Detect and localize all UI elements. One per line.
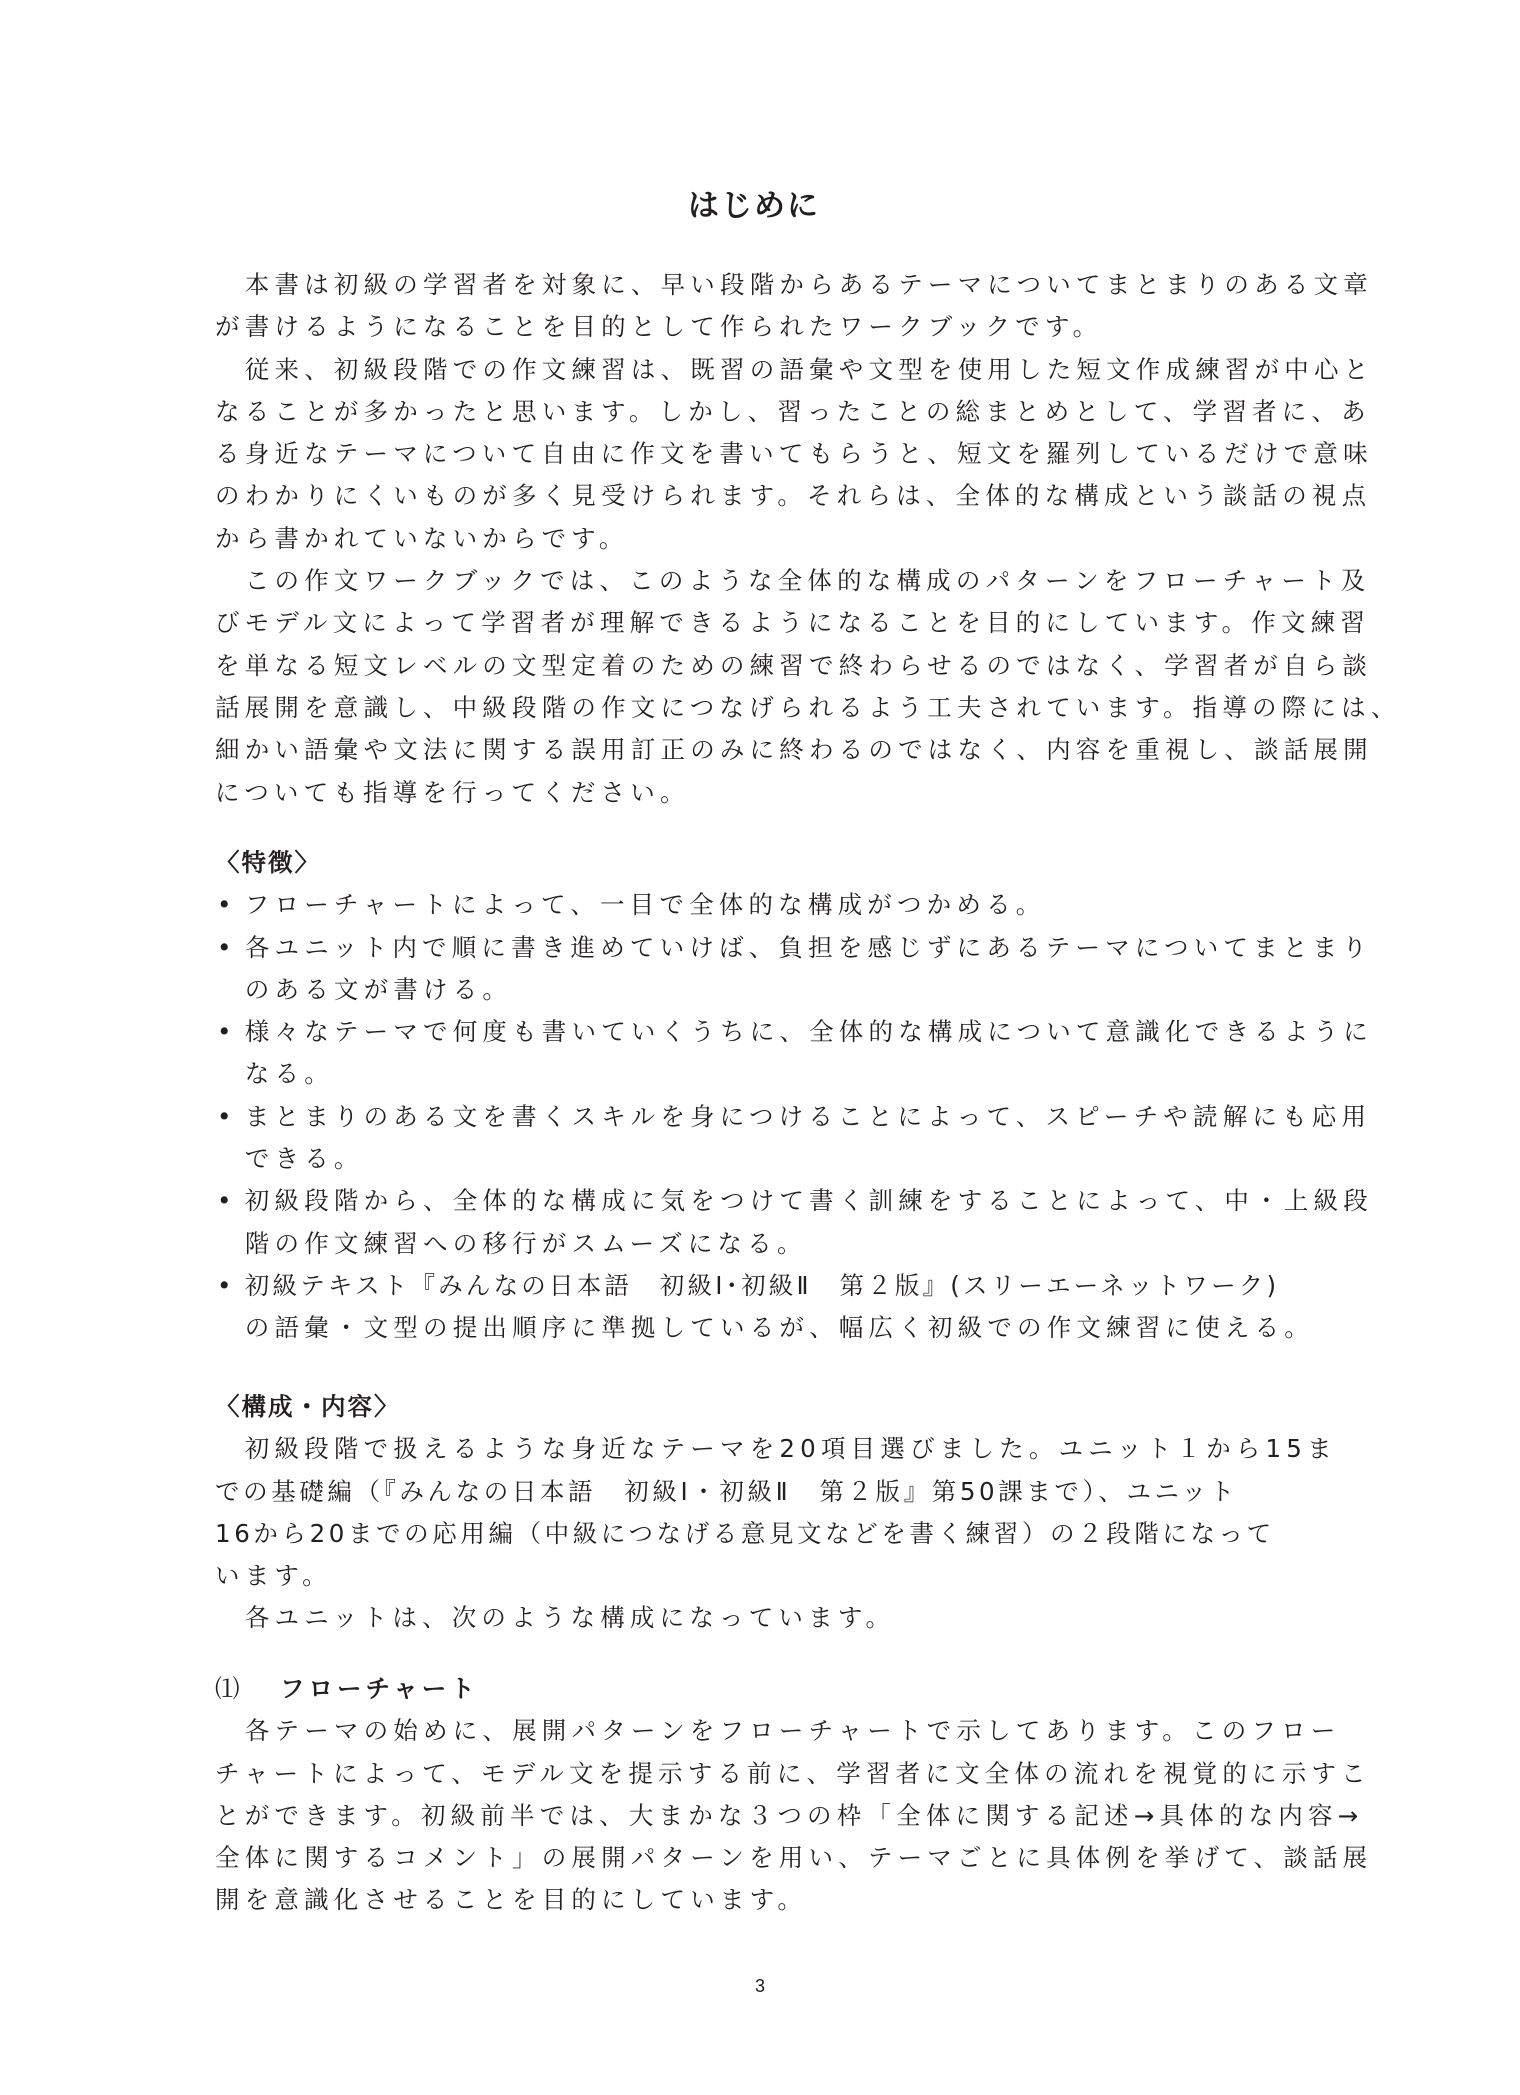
feature-text: 様々なテーマで何度も書いていくうちに、全体的な構成について意識化できるように (245, 1017, 1373, 1046)
intro-line: についても指導を行ってください。 (215, 772, 1293, 814)
bullet-icon: • (215, 1011, 247, 1053)
flowchart-line: とができます。初級前半では、大まかな３つの枠「全体に関する記述→具体的な内容→ (215, 1795, 1293, 1837)
feature-item: • 初級テキスト『みんなの日本語 初級Ⅰ･初級Ⅱ 第２版』(スリーエーネットワー… (215, 1265, 1293, 1307)
structure-line: います。 (215, 1555, 1293, 1597)
structure-heading: 〈構成・内容〉 (215, 1386, 1293, 1428)
feature-text-continued: のある文が書ける。 (215, 969, 1293, 1011)
intro-line: びモデル文によって学習者が理解できるようになることを目的にしています。作文練習 (215, 602, 1293, 644)
flowchart-line: 開を意識化させることを目的にしています。 (215, 1879, 1293, 1921)
flowchart-line: チャートによって、モデル文を提示する前に、学習者に文全体の流れを視覚的に示すこ (215, 1753, 1293, 1795)
feature-item: • まとまりのある文を書くスキルを身につけることによって、スピーチや読解にも応用 (215, 1096, 1293, 1138)
feature-text-continued: なる。 (215, 1053, 1293, 1095)
intro-line: 本書は初級の学習者を対象に、早い段階からあるテーマについてまとまりのある文章 (215, 264, 1293, 306)
feature-text-continued: できる。 (215, 1138, 1293, 1180)
intro-line: を単なる短文レベルの文型定着のための練習で終わらせるのではなく、学習者が自ら談 (215, 645, 1293, 687)
structure-line: 初級段階で扱えるような身近なテーマを20項目選びました。ユニット１から15ま (215, 1428, 1293, 1470)
feature-text: 初級段階から、全体的な構成に気をつけて書く訓練をすることによって、中・上級段 (245, 1186, 1373, 1215)
features-section: 〈特徴〉 • フローチャートによって、一目で全体的な構成がつかめる。 • 各ユニ… (215, 842, 1293, 1350)
bullet-icon: • (215, 927, 247, 969)
flowchart-subheading: ⑴ フローチャート (215, 1668, 1293, 1710)
page-title: はじめに (215, 186, 1293, 226)
section-number: ⑴ (215, 1668, 267, 1710)
bullet-icon: • (215, 1096, 247, 1138)
feature-text: まとまりのある文を書くスキルを身につけることによって、スピーチや読解にも応用 (245, 1102, 1371, 1131)
bullet-icon: • (215, 1265, 247, 1307)
feature-text: 初級テキスト『みんなの日本語 初級Ⅰ･初級Ⅱ 第２版』(スリーエーネットワーク) (245, 1271, 1279, 1300)
page-number: 3 (0, 1976, 1520, 1997)
feature-text: フローチャートによって、一目で全体的な構成がつかめる。 (245, 890, 1046, 919)
flowchart-line: 全体に関するコメント」の展開パターンを用い、テーマごとに具体例を挙げて、談話展 (215, 1837, 1293, 1879)
feature-item: • 様々なテーマで何度も書いていくうちに、全体的な構成について意識化できるように (215, 1011, 1293, 1053)
features-heading: 〈特徴〉 (215, 842, 1293, 884)
feature-item: • フローチャートによって、一目で全体的な構成がつかめる。 (215, 884, 1293, 926)
feature-item: • 各ユニット内で順に書き進めていけば、負担を感じずにあるテーマについてまとまり (215, 927, 1293, 969)
bullet-icon: • (215, 884, 247, 926)
intro-line: この作文ワークブックでは、このような全体的な構成のパターンをフローチャート及 (215, 560, 1293, 602)
feature-text-continued: 階の作文練習への移行がスムーズになる。 (215, 1223, 1293, 1265)
intro-line: 話展開を意識し、中級段階の作文につなげられるよう工夫されています。指導の際には、 (215, 687, 1293, 729)
intro-line: る身近なテーマについて自由に作文を書いてもらうと、短文を羅列しているだけで意味 (215, 433, 1293, 475)
intro-line: から書かれていないからです。 (215, 518, 1293, 560)
feature-text-continued: の語彙・文型の提出順序に準拠しているが、幅広く初級での作文練習に使える。 (215, 1307, 1293, 1349)
intro-section: 本書は初級の学習者を対象に、早い段階からあるテーマについてまとまりのある文章 が… (215, 264, 1293, 814)
structure-line: での基礎編（『みんなの日本語 初級Ⅰ・初級Ⅱ 第２版』第50課まで）、ユニット (215, 1471, 1293, 1513)
flowchart-section: ⑴ フローチャート 各テーマの始めに、展開パターンをフローチャートで示してありま… (215, 1668, 1293, 1922)
bullet-icon: • (215, 1180, 247, 1222)
structure-line: 16から20までの応用編（中級につなげる意見文などを書く練習）の２段階になって (215, 1513, 1293, 1555)
intro-line: なることが多かったと思います。しかし、習ったことの総まとめとして、学習者に、あ (215, 391, 1293, 433)
intro-line: 従来、初級段階での作文練習は、既習の語彙や文型を使用した短文作成練習が中心と (215, 349, 1293, 391)
flowchart-line: 各テーマの始めに、展開パターンをフローチャートで示してあります。このフロー (215, 1710, 1293, 1752)
feature-text: 各ユニット内で順に書き進めていけば、負担を感じずにあるテーマについてまとまり (245, 933, 1372, 962)
structure-line: 各ユニットは、次のような構成になっています。 (215, 1597, 1293, 1639)
section-label: フローチャート (280, 1674, 479, 1703)
structure-section: 〈構成・内容〉 初級段階で扱えるような身近なテーマを20項目選びました。ユニット… (215, 1386, 1293, 1640)
intro-line: が書けるようになることを目的として作られたワークブックです。 (215, 306, 1293, 348)
intro-line: 細かい語彙や文法に関する誤用訂正のみに終わるのではなく、内容を重視し、談話展開 (215, 729, 1293, 771)
intro-line: のわかりにくいものが多く見受けられます。それらは、全体的な構成という談話の視点 (215, 475, 1293, 517)
feature-item: • 初級段階から、全体的な構成に気をつけて書く訓練をすることによって、中・上級段 (215, 1180, 1293, 1222)
